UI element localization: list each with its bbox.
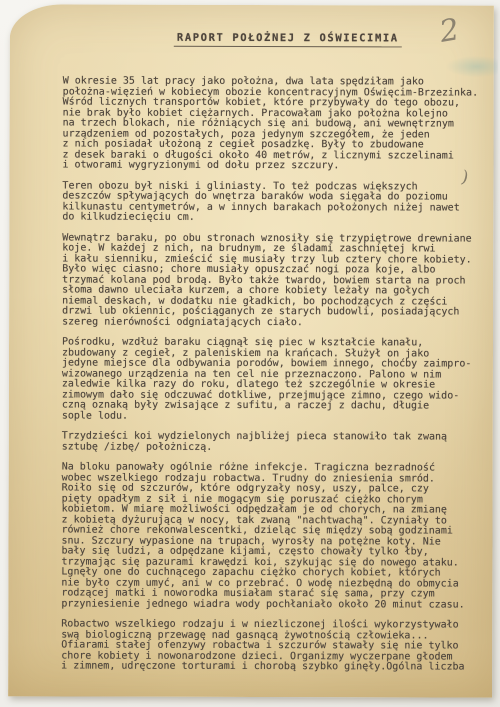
photo-background: 2 ) RAPORT POŁOŻNEJ Z OŚWIECIMIA W okres… — [0, 0, 500, 707]
page-title-text: RAPORT POŁOŻNEJ Z OŚWIECIMIA — [174, 32, 402, 48]
paragraph-6: Na bloku panowały ogólnie różne infekcje… — [61, 463, 485, 611]
paragraph-3: Wewnątrz baraku, po obu stronach wznosił… — [62, 233, 486, 329]
document-page: 2 ) RAPORT POŁOŻNEJ Z OŚWIECIMIA W okres… — [8, 4, 494, 697]
typewritten-text-block: RAPORT POŁOŻNEJ Z OŚWIECIMIA W okresie 3… — [61, 32, 487, 684]
paragraph-4: Pośrodku, wzdłuż baraku ciągnął się piec… — [62, 338, 486, 423]
paragraph-2: Teren obozu był niski i gliniasty. To te… — [62, 181, 486, 224]
paragraph-1: W okresie 35 lat pracy jako położna, dwa… — [62, 77, 486, 173]
paragraph-5: Trzydzieści koi wydzielonych najbliżej p… — [62, 432, 486, 454]
page-title: RAPORT POŁOŻNEJ Z OŚWIECIMIA — [76, 32, 500, 48]
paragraph-7: Robactwo wszelkiego rodzaju i w niezlicz… — [61, 620, 485, 674]
